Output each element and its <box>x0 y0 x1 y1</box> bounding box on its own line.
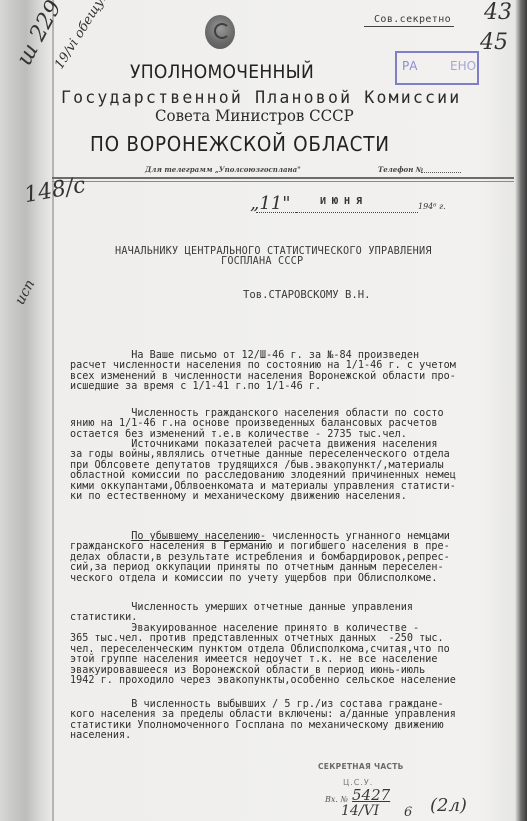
date-day-line <box>256 212 296 213</box>
body-paragraph-5: Численность умерших отчетные данные упра… <box>70 602 494 623</box>
received-stamp-text-faded: ЕНО <box>450 59 476 73</box>
telegram-address: Для телеграмм „Уполсоюзгосплана" <box>145 165 301 174</box>
date-month-line <box>296 212 418 213</box>
classification-label: Сов.секретно <box>364 14 454 27</box>
addressee-line-2: ГОСПЛАНА СССР <box>221 256 303 267</box>
ussr-emblem-icon <box>205 15 235 49</box>
handwritten-page-number: 43 <box>484 0 512 25</box>
received-stamp-text: РА <box>402 59 417 73</box>
body-paragraph-4: По убывшему населению- численность угнан… <box>70 531 494 583</box>
body-paragraph-7: В численность выбывших / 5 гр./из состав… <box>70 699 494 741</box>
letterhead-region: ПО ВОРОНЕЖСКОЙ ОБЛАСТИ <box>90 132 390 156</box>
secret-section-stamp-title: СЕКРЕТНАЯ ЧАСТЬ <box>318 762 404 771</box>
letterhead-divider-thin <box>52 181 514 182</box>
phone-label: Телефон № <box>378 165 423 174</box>
handwritten-page-number-2: 45 <box>480 30 508 55</box>
letterhead-line-3: Совета Министров СССР <box>155 106 354 125</box>
date-year: 194⁶ г. <box>418 202 446 211</box>
body-paragraph-3: Источниками показателей расчета движения… <box>70 439 494 501</box>
page-fold-shadow <box>52 0 54 821</box>
letterhead-divider <box>52 177 514 179</box>
addressee-name: Тов.СТАРОВСКОМУ В.Н. <box>243 289 371 301</box>
page-count-note: (2л) <box>430 795 467 816</box>
body-paragraph-1: На Ваше письмо от 12/Ш-46 г. за №-84 про… <box>70 350 494 392</box>
handwritten-margin-note: исп <box>12 277 38 307</box>
body-paragraph-2: Численность гражданского населения облас… <box>70 408 494 439</box>
incoming-year: 6 <box>404 805 412 820</box>
handwritten-reference-number: 148/с <box>22 173 87 208</box>
scanned-document-page: ш 229 19/vi обещуно 43 45 Сов.секретно Р… <box>0 0 527 821</box>
body-paragraph-6: Эвакуированное население принято в колич… <box>70 623 494 685</box>
date-month: ИЮНЯ <box>320 196 368 207</box>
incoming-date: 14/VI <box>341 803 379 819</box>
letterhead-line-2: Государственной Плановой Комиссии <box>61 88 461 107</box>
date-day: „11" <box>250 193 291 214</box>
phone-blank-line <box>421 172 461 173</box>
letterhead-title: УПОЛНОМОЧЕННЫЙ <box>130 61 314 83</box>
incoming-number: 5427 <box>352 786 390 804</box>
